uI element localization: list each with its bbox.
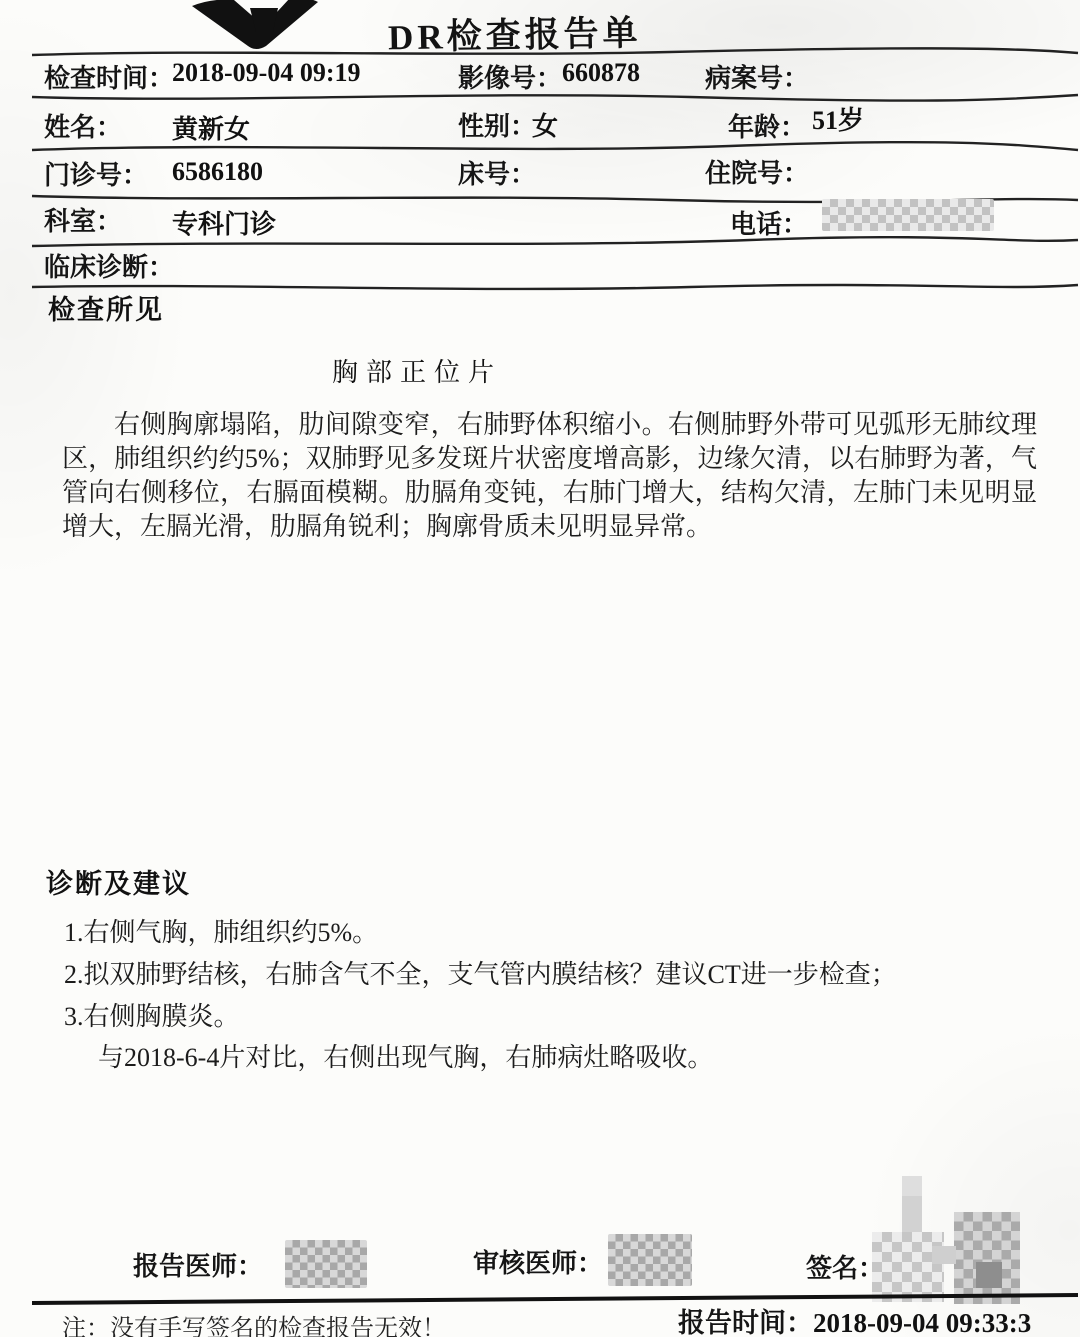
name-value: 黄新女 [172, 109, 250, 146]
case-no-label: 病案号： [705, 58, 809, 95]
diagnosis-item-1: 1.右侧气胸，肺组织约5%。 [64, 912, 378, 949]
inpatient-no-label: 住院号： [705, 153, 809, 190]
image-no-label: 影像号： [458, 58, 562, 95]
exam-time-label: 检查时间： [44, 58, 174, 95]
image-no-value: 660878 [562, 58, 640, 88]
phone-redacted-pixelation [822, 199, 994, 231]
diagnosis-item-3: 3.右侧胸膜炎。 [64, 996, 240, 1033]
divider [30, 281, 1080, 297]
report-time-value: 2018-09-04 09:33:3 [813, 1308, 1031, 1337]
clinical-diagnosis-label: 临床诊断： [44, 247, 174, 284]
bed-no-label: 床号： [458, 154, 536, 191]
report-doctor-label: 报告医师： [133, 1246, 263, 1283]
department-label: 科室： [44, 201, 122, 238]
report-time-label: 报告时间： [678, 1308, 813, 1337]
diagnosis-section-title: 诊断及建议 [46, 862, 191, 901]
validity-note: 注：没有手写签名的检查报告无效！ [62, 1308, 446, 1337]
exam-view-title: 胸部正位片 [332, 352, 502, 389]
signature-redacted-pixelation [872, 1176, 1028, 1302]
review-doctor-label: 审核医师： [473, 1243, 603, 1280]
age-label: 年龄： [728, 107, 806, 144]
age-value: 51岁 [812, 100, 864, 137]
outpatient-no-label: 门诊号： [44, 155, 148, 192]
diagnosis-item-2: 2.拟双肺野结核，右肺含气不全，支气管内膜结核？建议CT进一步检查； [64, 954, 897, 991]
findings-section-title: 检查所见 [48, 288, 164, 327]
exam-time-value: 2018-09-04 09:19 [172, 58, 360, 88]
gender-value: 女 [532, 106, 558, 143]
phone-label: 电话： [730, 204, 808, 241]
diagnosis-comparison-note: 与2018-6-4片对比，右侧出现气胸，右肺病灶略吸收。 [98, 1037, 713, 1074]
report-time: 报告时间：2018-09-04 09:33:3 [678, 1301, 1031, 1337]
dr-report-document: DR检查报告单 检查时间： 2018-09-04 09:19 影像号： 6608… [0, 0, 1080, 1337]
report-doctor-redacted-pixelation [285, 1240, 367, 1288]
department-value: 专科门诊 [172, 204, 276, 241]
gender-label: 性别： [458, 106, 536, 143]
outpatient-no-value: 6586180 [172, 157, 263, 187]
name-label: 姓名： [44, 107, 122, 144]
review-doctor-redacted-pixelation [608, 1234, 692, 1286]
findings-paragraph: 右侧胸廓塌陷，肋间隙变窄，右肺野体积缩小。右侧肺野外带可见弧形无肺纹理区，肺组织… [62, 408, 1037, 544]
